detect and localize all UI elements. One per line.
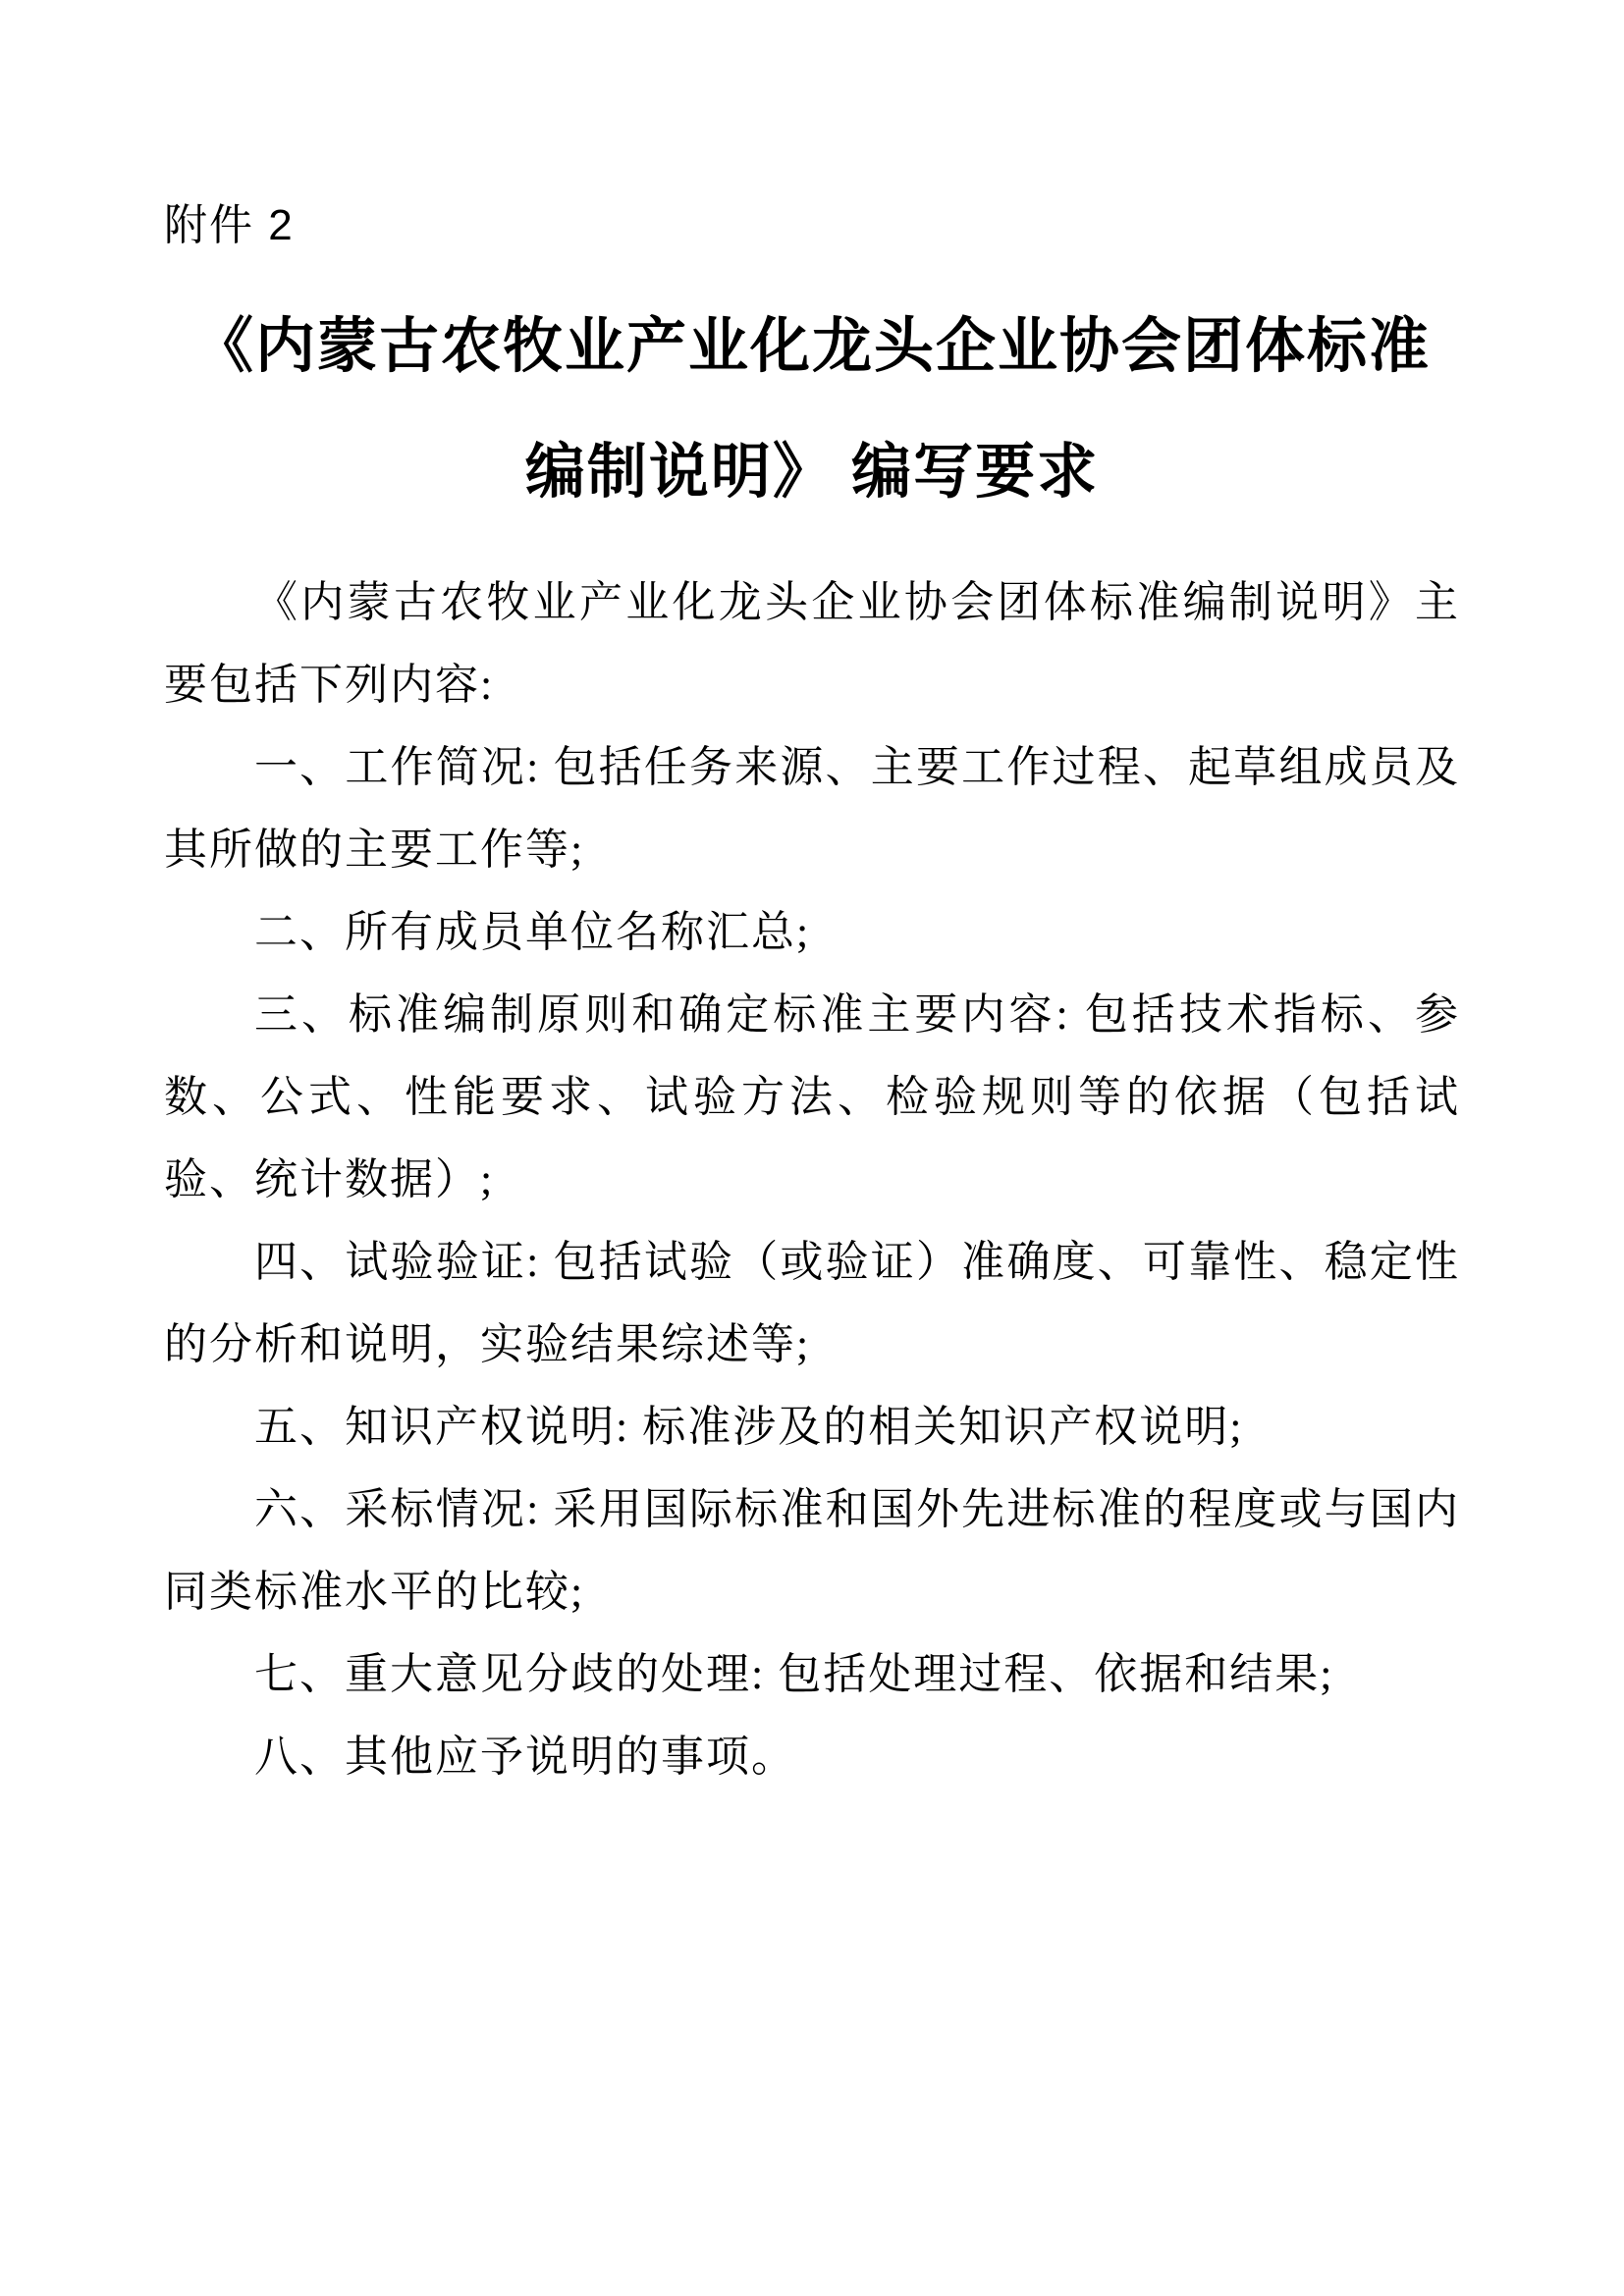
list-item-5: 五、知识产权说明: 标准涉及的相关知识产权说明; (164, 1386, 1460, 1468)
attachment-label: 附件 2 (164, 196, 1460, 255)
document-title-line-2: 编制说明》 编写要求 (164, 410, 1460, 536)
list-item-3: 三、标准编制原则和确定标准主要内容: 包括技术指标、参数、公式、性能要求、试验方… (164, 974, 1460, 1221)
document-title-line-1: 《内蒙古农牧业产业化龙头企业协会团体标准 (164, 285, 1460, 410)
list-item-1: 一、工作简况: 包括任务来源、主要工作过程、起草组成员及其所做的主要工作等; (164, 726, 1460, 891)
document-page: 附件 2 《内蒙古农牧业产业化龙头企业协会团体标准 编制说明》 编写要求 《内蒙… (0, 0, 1624, 2296)
list-item-4: 四、试验验证: 包括试验（或验证）准确度、可靠性、稳定性的分析和说明，实验结果综… (164, 1221, 1460, 1386)
list-item-8: 八、其他应予说明的事项。 (164, 1716, 1460, 1798)
document-title: 《内蒙古农牧业产业化龙头企业协会团体标准 编制说明》 编写要求 (164, 285, 1460, 536)
list-item-2: 二、所有成员单位名称汇总; (164, 891, 1460, 974)
list-item-7: 七、重大意见分歧的处理: 包括处理过程、依据和结果; (164, 1633, 1460, 1716)
list-item-6: 六、采标情况: 采用国际标准和国外先进标准的程度或与国内同类标准水平的比较; (164, 1468, 1460, 1633)
intro-paragraph: 《内蒙古农牧业产业化龙头企业协会团体标准编制说明》主要包括下列内容: (164, 561, 1460, 726)
document-body: 《内蒙古农牧业产业化龙头企业协会团体标准编制说明》主要包括下列内容: 一、工作简… (164, 561, 1460, 1798)
